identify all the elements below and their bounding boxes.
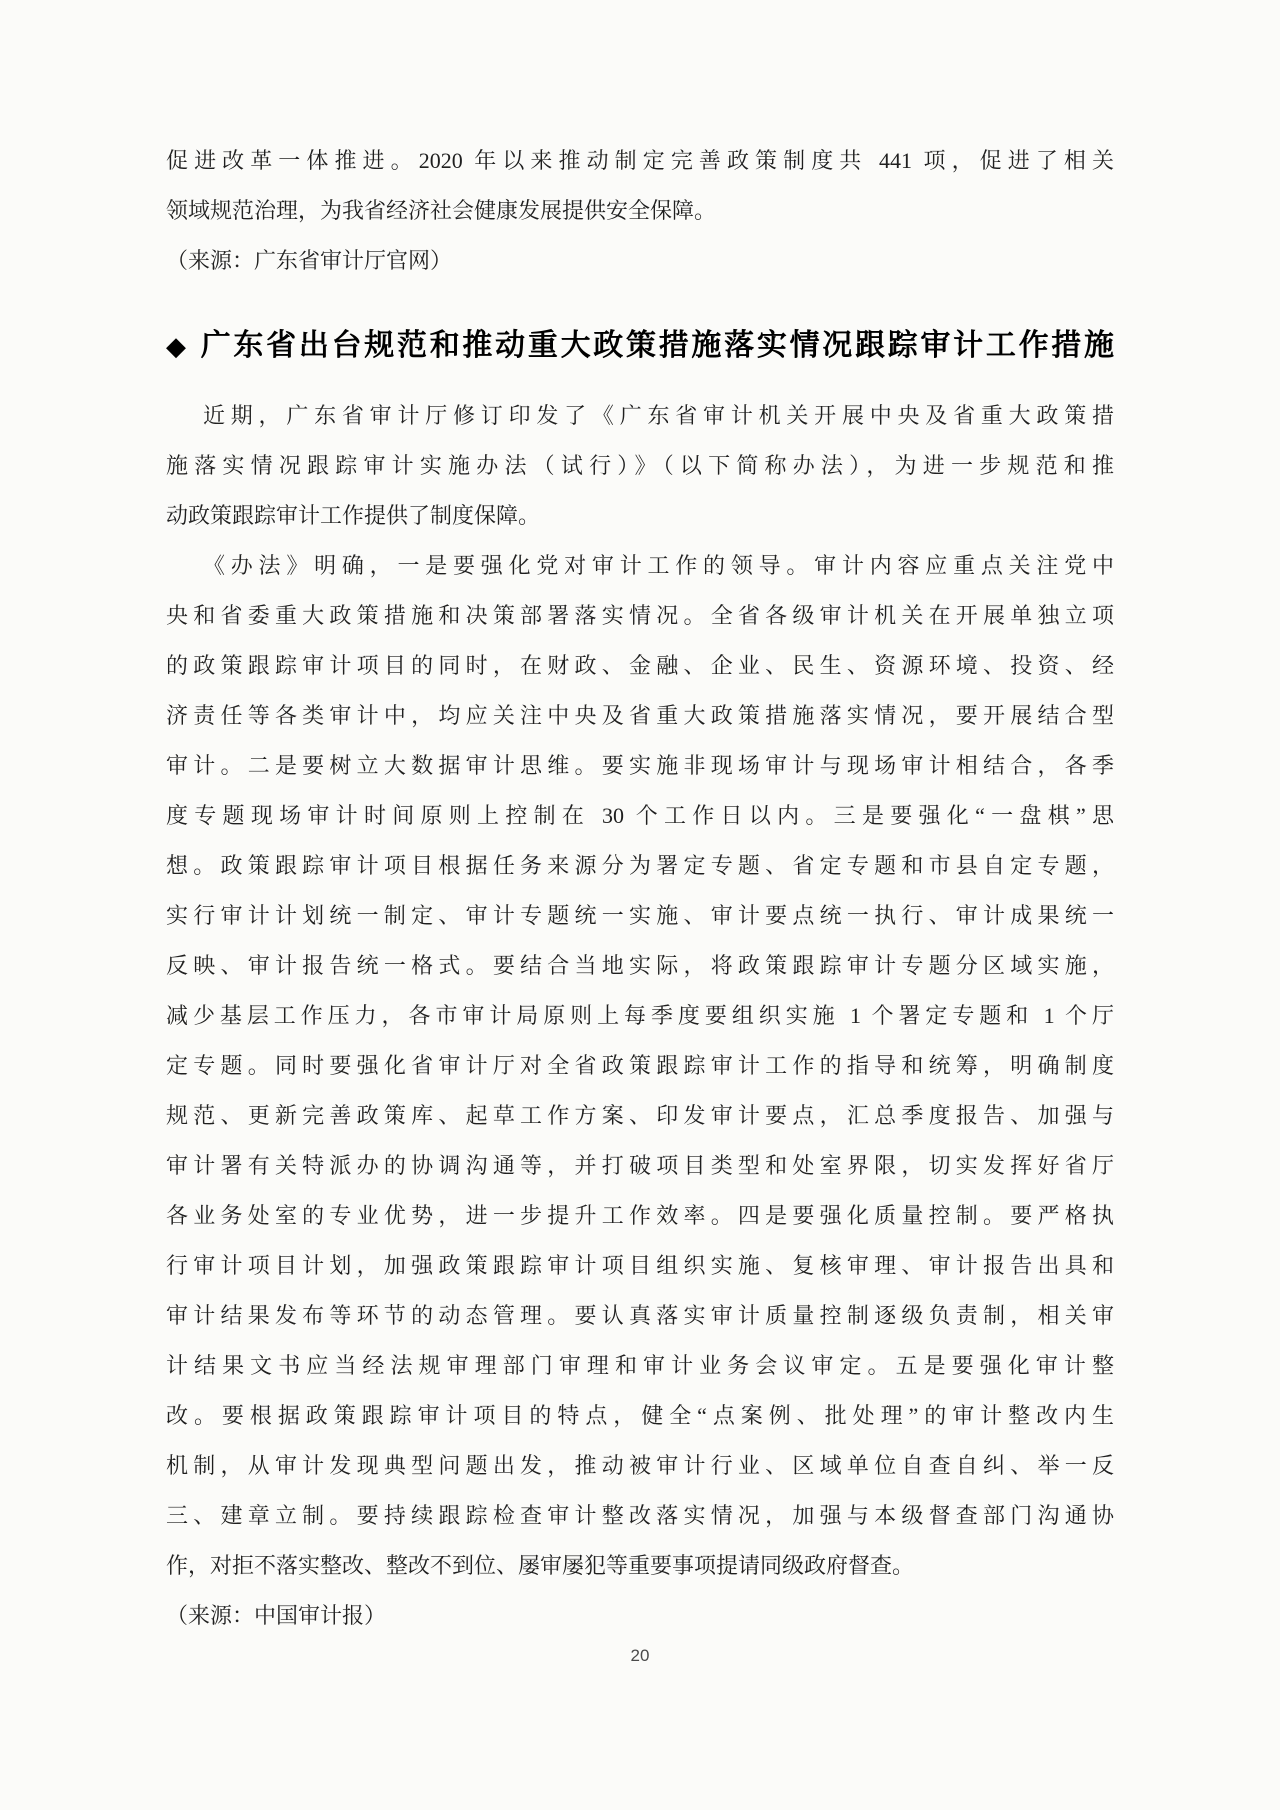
page-content: 促进改革一体推进。2020 年以来推动制定完善政策制度共 441 项，促进了相关… [166,136,1114,1641]
section-heading: ◆广东省出台规范和推动重大政策措施落实情况跟踪审计工作措施 [166,316,1114,377]
text-line: 审计结果发布等环节的动态管理。要认真落实审计质量控制逐级负责制，相关审 [166,1291,1114,1341]
text-line: 的政策跟踪审计项目的同时，在财政、金融、企业、民生、资源环境、投资、经 [166,641,1114,691]
text-line: 施落实情况跟踪审计实施办法（试行）》（以下简称办法），为进一步规范和推 [166,441,1114,491]
text-line: 三、建章立制。要持续跟踪检查审计整改落实情况，加强与本级督查部门沟通协 [166,1491,1114,1541]
text-line: 央和省委重大政策措施和决策部署落实情况。全省各级审计机关在开展单独立项 [166,591,1114,641]
text-line: 动政策跟踪审计工作提供了制度保障。 [166,491,1114,541]
text-line: 作，对拒不落实整改、整改不到位、屡审屡犯等重要事项提请同级政府督查。 [166,1541,1114,1591]
text-line: 行审计项目计划，加强政策跟踪审计项目组织实施、复核审理、审计报告出具和 [166,1241,1114,1291]
diamond-bullet-icon: ◆ [166,332,189,361]
text-line: 济责任等各类审计中，均应关注中央及省重大政策措施落实情况，要开展结合型 [166,691,1114,741]
text-line: 审计署有关特派办的协调沟通等，并打破项目类型和处室界限，切实发挥好省厅 [166,1141,1114,1191]
body-paragraph: 《办法》明确，一是要强化党对审计工作的领导。审计内容应重点关注党中央和省委重大政… [166,541,1114,1591]
text-line: 计结果文书应当经法规审理部门审理和审计业务会议审定。五是要强化审计整 [166,1341,1114,1391]
text-line: 规范、更新完善政策库、起草工作方案、印发审计要点，汇总季度报告、加强与 [166,1091,1114,1141]
text-line: 反映、审计报告统一格式。要结合当地实际，将政策跟踪审计专题分区域实施， [166,941,1114,991]
text-line: 机制，从审计发现典型问题出发，推动被审计行业、区域单位自查自纠、举一反 [166,1441,1114,1491]
intro-paragraph: 近期，广东省审计厅修订印发了《广东省审计机关开展中央及省重大政策措施落实情况跟踪… [166,391,1114,541]
text-line: 近期，广东省审计厅修订印发了《广东省审计机关开展中央及省重大政策措 [166,391,1114,441]
text-line: 领域规范治理，为我省经济社会健康发展提供安全保障。 [166,186,1114,236]
text-line: 想。政策跟踪审计项目根据任务来源分为署定专题、省定专题和市县自定专题， [166,841,1114,891]
text-line: 定专题。同时要强化省审计厅对全省政策跟踪审计工作的指导和统筹，明确制度 [166,1041,1114,1091]
text-line: 减少基层工作压力，各市审计局原则上每季度要组织实施 1 个署定专题和 1 个厅 [166,991,1114,1041]
source-line-2: （来源：中国审计报） [166,1591,1114,1641]
text-line: 审计。二是要树立大数据审计思维。要实施非现场审计与现场审计相结合，各季 [166,741,1114,791]
text-line: 改。要根据政策跟踪审计项目的特点，健全“点案例、批处理”的审计整改内生 [166,1391,1114,1441]
text-line: 《办法》明确，一是要强化党对审计工作的领导。审计内容应重点关注党中 [166,541,1114,591]
document-page: 促进改革一体推进。2020 年以来推动制定完善政策制度共 441 项，促进了相关… [0,0,1280,1810]
text-line: 各业务处室的专业优势，进一步提升工作效率。四是要强化质量控制。要严格执 [166,1191,1114,1241]
source-line-1: （来源：广东省审计厅官网） [166,236,1114,286]
section-heading-text: 广东省出台规范和推动重大政策措施落实情况跟踪审计工作措施 [201,329,1114,362]
page-number: 20 [0,1646,1280,1666]
continuation-paragraph: 促进改革一体推进。2020 年以来推动制定完善政策制度共 441 项，促进了相关… [166,136,1114,236]
text-line: 促进改革一体推进。2020 年以来推动制定完善政策制度共 441 项，促进了相关 [166,136,1114,186]
text-line: 实行审计计划统一制定、审计专题统一实施、审计要点统一执行、审计成果统一 [166,891,1114,941]
text-line: 度专题现场审计时间原则上控制在 30 个工作日以内。三是要强化“一盘棋”思 [166,791,1114,841]
